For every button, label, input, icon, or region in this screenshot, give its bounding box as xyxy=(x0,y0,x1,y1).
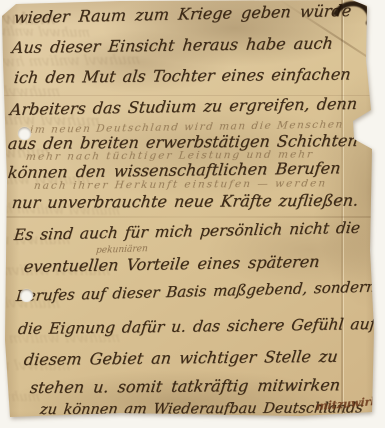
margin-ink-scrawl: mitzuwirken xyxy=(316,393,385,413)
paper-shadow-wrap: muhwvl wnlivm hwm ilvwhm vhmw unvwm nulw… xyxy=(0,0,385,428)
aged-paper-sheet: muhwvl wnlivm hwm ilvwhm vhmw unvwm nulw… xyxy=(0,0,385,428)
punch-hole xyxy=(20,289,33,302)
letter-scan: muhwvl wnlivm hwm ilvwhm vhmw unvwm nulw… xyxy=(0,0,385,428)
punch-hole xyxy=(18,127,31,140)
superscript-pencil-word: pekuniären xyxy=(96,244,149,256)
extras-layer: pekuniärenmitzuwirken xyxy=(0,0,385,428)
